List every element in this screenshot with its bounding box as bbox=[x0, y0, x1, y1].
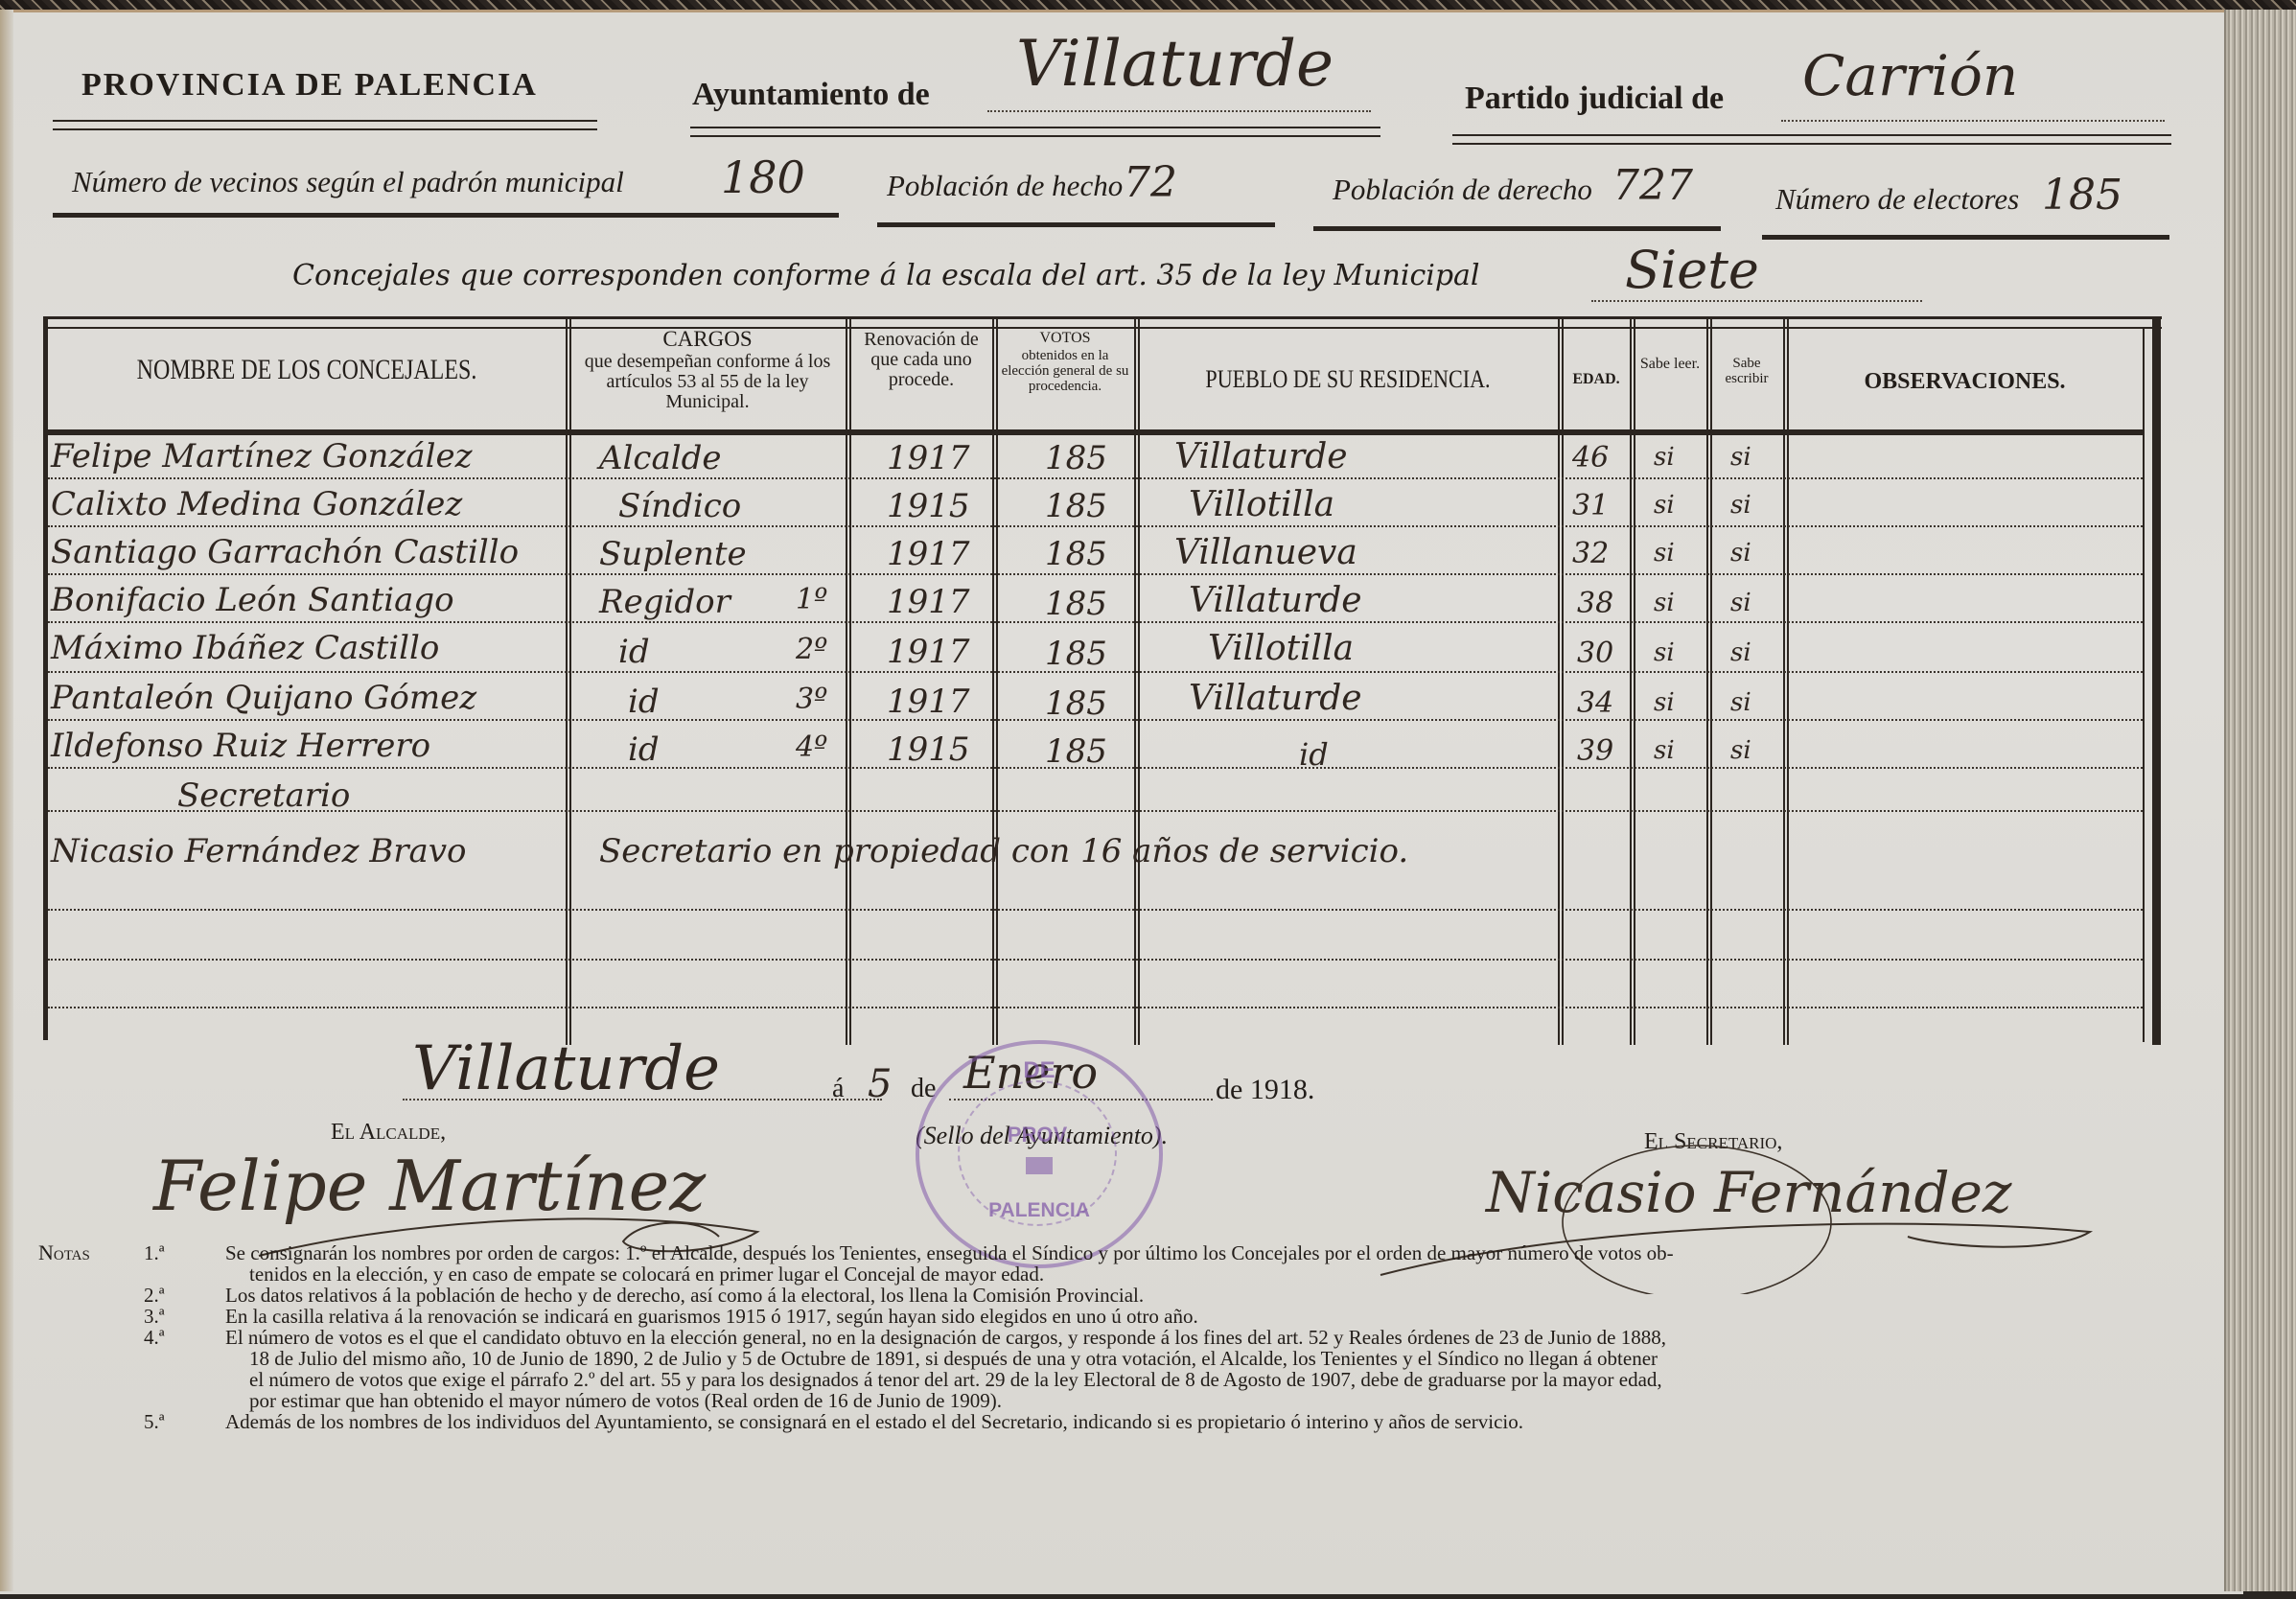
stamp-text-mid: PROV. bbox=[919, 1123, 1159, 1147]
note-num: 1.ª bbox=[144, 1242, 192, 1263]
cell-edad: 38 bbox=[1577, 587, 1613, 620]
cell-leer: si bbox=[1654, 736, 1675, 765]
cell-cargo-num: 2º bbox=[796, 633, 827, 666]
row-line bbox=[48, 909, 2143, 911]
header-nombre: NOMBRE DE LOS CONCEJALES. bbox=[104, 355, 510, 385]
cell-renovacion: 1917 bbox=[887, 683, 970, 721]
cell-cargo: Suplente bbox=[599, 535, 747, 573]
row-line bbox=[48, 477, 2143, 479]
electores-value: 185 bbox=[2042, 171, 2122, 220]
cell-votos: 185 bbox=[1045, 535, 1107, 573]
cell-nombre: Ildefonso Ruiz Herrero bbox=[51, 727, 430, 765]
divider bbox=[53, 120, 597, 130]
note-num: 2.ª bbox=[144, 1285, 192, 1306]
cell-votos: 185 bbox=[1045, 732, 1107, 771]
table-right-border bbox=[2152, 316, 2161, 1045]
note-line: El número de votos es el que el candidat… bbox=[225, 1327, 2191, 1348]
cell-renovacion: 1917 bbox=[887, 439, 970, 477]
alcalde-label: El Alcalde, bbox=[331, 1120, 446, 1146]
header-pueblo: PUEBLO DE SU RESIDENCIA. bbox=[1171, 366, 1523, 392]
row-line bbox=[48, 1007, 2143, 1008]
stamp-text-bottom: PALENCIA bbox=[919, 1199, 1159, 1222]
header-cargos-title: CARGOS bbox=[572, 328, 843, 351]
book-page-edges bbox=[2224, 10, 2296, 1591]
cell-escribir: si bbox=[1730, 589, 1751, 617]
col-sep bbox=[992, 316, 998, 1045]
cell-leer: si bbox=[1654, 638, 1675, 667]
concejales-value: Siete bbox=[1625, 240, 1759, 300]
header-observaciones: OBSERVACIONES. bbox=[1790, 370, 2140, 394]
row-line bbox=[48, 959, 2143, 961]
poblacion-hecho-label: Población de hecho bbox=[887, 169, 1123, 203]
provincia-title: PROVINCIA DE PALENCIA bbox=[81, 67, 538, 104]
note-num: 5.ª bbox=[144, 1411, 192, 1432]
concejales-fill-line bbox=[1591, 300, 1922, 302]
footer-day: 5 bbox=[868, 1062, 892, 1106]
cell-renovacion: 1917 bbox=[887, 583, 970, 621]
ayuntamiento-label: Ayuntamiento de bbox=[692, 77, 930, 113]
note-num: 4.ª bbox=[144, 1327, 192, 1348]
cell-edad: 39 bbox=[1577, 734, 1613, 768]
cell-pueblo: Villotilla bbox=[1189, 485, 1334, 524]
divider bbox=[1762, 235, 2169, 240]
col-sep bbox=[1706, 316, 1712, 1045]
cell-cargo-num: 1º bbox=[796, 583, 827, 616]
cell-leer: si bbox=[1654, 539, 1675, 568]
poblacion-derecho-value: 727 bbox=[1612, 161, 1693, 210]
footer-place: Villaturde bbox=[412, 1033, 720, 1104]
divider bbox=[690, 127, 1380, 137]
cell-cargo: Regidor bbox=[599, 583, 731, 621]
col-sep bbox=[846, 316, 851, 1045]
note-line: En la casilla relativa á la renovación s… bbox=[225, 1306, 2191, 1327]
stamp-text-top: DE bbox=[919, 1057, 1159, 1084]
cell-edad: 30 bbox=[1577, 637, 1613, 670]
partido-fill-line bbox=[1781, 120, 2165, 122]
col-sep bbox=[1630, 316, 1635, 1045]
cell-edad: 46 bbox=[1572, 441, 1609, 475]
table-left-border bbox=[43, 316, 48, 1040]
cell-edad: 32 bbox=[1572, 537, 1609, 570]
divider bbox=[1452, 134, 2171, 145]
note-line: 18 de Julio del mismo año, 10 de Junio d… bbox=[249, 1348, 2215, 1369]
cell-cargo: Alcalde bbox=[599, 439, 722, 477]
cell-cargo-num: 3º bbox=[796, 683, 827, 716]
poblacion-derecho-label: Población de derecho bbox=[1333, 173, 1592, 207]
col-sep bbox=[566, 316, 571, 1045]
table-right-inner bbox=[2143, 328, 2145, 1042]
header-edad: EDAD. bbox=[1565, 372, 1628, 388]
concejales-table: NOMBRE DE LOS CONCEJALES. CARGOS que des… bbox=[43, 316, 2162, 1045]
cell-leer: si bbox=[1654, 443, 1675, 472]
header-bottom-rule bbox=[48, 429, 2143, 435]
secretario-detalle: Secretario en propiedad con 16 años de s… bbox=[599, 832, 1408, 870]
cell-cargo: Síndico bbox=[618, 487, 741, 525]
cell-renovacion: 1915 bbox=[887, 487, 970, 525]
cell-escribir: si bbox=[1730, 539, 1751, 568]
stamp-crest-icon bbox=[1026, 1157, 1053, 1174]
header-cargos-sub: que desempeñan conforme á los artículos … bbox=[572, 352, 843, 412]
row-line bbox=[48, 573, 2143, 575]
cell-escribir: si bbox=[1730, 688, 1751, 717]
cell-renovacion: 1917 bbox=[887, 633, 970, 671]
col-sep bbox=[1558, 316, 1564, 1045]
cell-cargo-num: 4º bbox=[796, 730, 827, 764]
ayuntamiento-fill-line bbox=[987, 110, 1371, 112]
cell-renovacion: 1915 bbox=[887, 730, 970, 769]
concejales-escala-label: Concejales que corresponden conforme á l… bbox=[292, 259, 1480, 292]
note-line: por estimar que han obtenido el mayor nú… bbox=[249, 1390, 2215, 1411]
ayuntamiento-value: Villaturde bbox=[1016, 27, 1334, 101]
divider bbox=[877, 222, 1275, 227]
header-votos-sub: obtenidos en la elección general de su p… bbox=[998, 349, 1132, 394]
header-renovacion: Renovación de que cada uno procede. bbox=[853, 330, 989, 390]
cell-pueblo: Villotilla bbox=[1208, 629, 1354, 668]
footer-year: de 1918. bbox=[1216, 1074, 1314, 1106]
cell-leer: si bbox=[1654, 491, 1675, 520]
cell-nombre: Máximo Ibáñez Castillo bbox=[51, 629, 439, 667]
cell-escribir: si bbox=[1730, 491, 1751, 520]
cell-leer: si bbox=[1654, 589, 1675, 617]
secretario-heading: Secretario bbox=[177, 776, 350, 815]
cell-votos: 185 bbox=[1045, 684, 1107, 723]
cell-votos: 185 bbox=[1045, 439, 1107, 477]
electores-label: Número de electores bbox=[1775, 182, 2019, 217]
note-line: tenidos en la elección, y en caso de emp… bbox=[249, 1263, 2215, 1285]
page-gutter bbox=[0, 10, 13, 1591]
cell-votos: 185 bbox=[1045, 585, 1107, 623]
note-line: el número de votos que exige el párrafo … bbox=[249, 1369, 2215, 1390]
partido-value: Carrión bbox=[1802, 43, 2018, 108]
note-num: 3.ª bbox=[144, 1306, 192, 1327]
partido-label: Partido judicial de bbox=[1465, 81, 1724, 117]
cell-leer: si bbox=[1654, 688, 1675, 717]
table-top-border bbox=[43, 316, 2162, 329]
cell-pueblo: id bbox=[1299, 736, 1329, 773]
cell-pueblo: Villaturde bbox=[1174, 437, 1348, 476]
cell-nombre: Felipe Martínez González bbox=[51, 437, 473, 475]
cell-cargo: id bbox=[628, 730, 660, 769]
cell-renovacion: 1917 bbox=[887, 535, 970, 573]
header-votos-title: VOTOS bbox=[998, 331, 1132, 347]
notas-title: Notas bbox=[38, 1242, 90, 1263]
note-line: Los datos relativos á la población de he… bbox=[225, 1285, 2191, 1306]
cell-cargo: id bbox=[618, 633, 650, 671]
cell-edad: 34 bbox=[1577, 686, 1613, 720]
cell-pueblo: Villanueva bbox=[1174, 533, 1357, 572]
col-sep bbox=[1783, 316, 1789, 1045]
cell-edad: 31 bbox=[1572, 489, 1609, 522]
cell-escribir: si bbox=[1730, 736, 1751, 765]
poblacion-hecho-value: 72 bbox=[1124, 158, 1177, 207]
cell-cargo: id bbox=[628, 683, 660, 721]
cell-nombre: Calixto Medina González bbox=[51, 485, 462, 523]
secretario-nombre: Nicasio Fernández Bravo bbox=[51, 832, 467, 870]
footer-a: á bbox=[832, 1074, 844, 1104]
note-line: Se consignarán los nombres por orden de … bbox=[225, 1242, 2191, 1263]
header-sabe-escribir: Sabe escribir bbox=[1713, 357, 1780, 387]
cell-nombre: Bonifacio León Santiago bbox=[51, 581, 454, 619]
cell-nombre: Pantaleón Quijano Gómez bbox=[51, 679, 476, 717]
vecinos-value: 180 bbox=[721, 151, 805, 203]
col-sep bbox=[1134, 316, 1140, 1045]
cell-votos: 185 bbox=[1045, 635, 1107, 673]
cell-pueblo: Villaturde bbox=[1189, 679, 1362, 718]
vecinos-label: Número de vecinos según el padrón munici… bbox=[72, 165, 624, 199]
divider bbox=[53, 213, 839, 218]
row-line bbox=[48, 525, 2143, 527]
divider bbox=[1313, 226, 1721, 231]
cell-escribir: si bbox=[1730, 638, 1751, 667]
cell-nombre: Santiago Garrachón Castillo bbox=[51, 533, 519, 571]
note-line: Además de los nombres de los individuos … bbox=[225, 1411, 2191, 1432]
header-sabe-leer: Sabe leer. bbox=[1636, 357, 1704, 373]
cell-escribir: si bbox=[1730, 443, 1751, 472]
cell-pueblo: Villaturde bbox=[1189, 581, 1362, 620]
cell-votos: 185 bbox=[1045, 487, 1107, 525]
ayuntamiento-seal-stamp: DE PROV. PALENCIA bbox=[916, 1040, 1163, 1268]
row-line bbox=[48, 810, 2143, 812]
